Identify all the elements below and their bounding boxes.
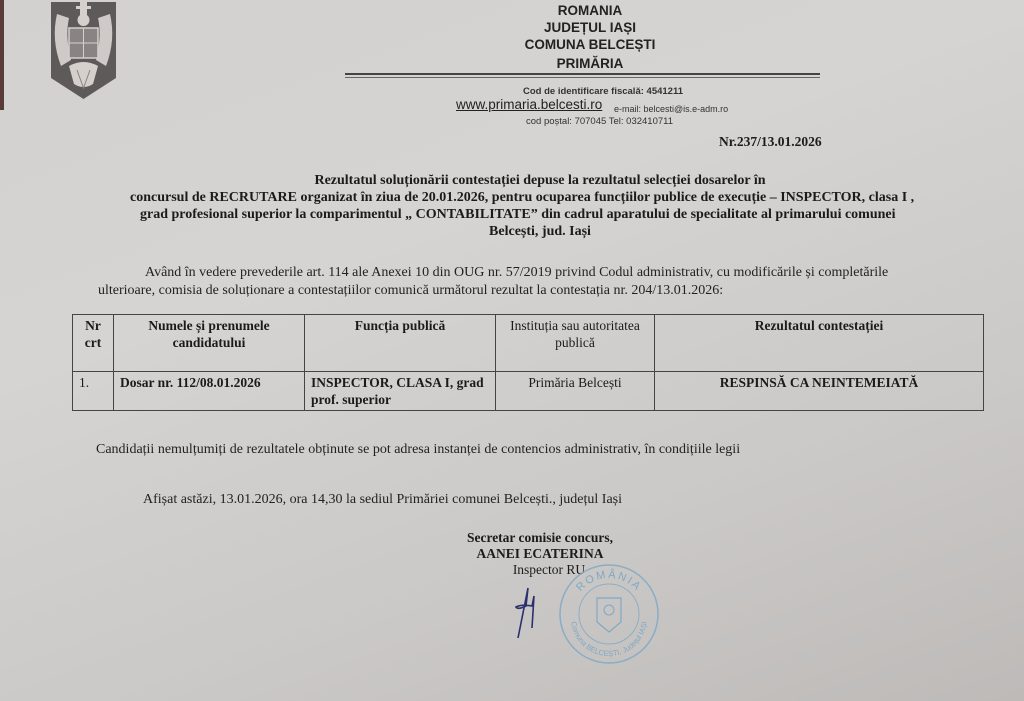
- header-function: Funcția publică: [305, 315, 496, 372]
- header-office: PRIMĂRIA: [480, 55, 700, 73]
- header-country: ROMANIA: [480, 2, 700, 20]
- title-line: Rezultatul soluționării contestației dep…: [100, 172, 980, 189]
- title-line: concursul de RECRUTARE organizat în ziua…: [100, 189, 980, 206]
- appeal-note: Candidații nemulțumiți de rezultatele ob…: [96, 441, 740, 459]
- cell-nr: 1.: [73, 372, 114, 411]
- table-header-row: Nr crt Numele și prenumele candidatului …: [73, 315, 984, 372]
- header-name: Numele și prenumele candidatului: [114, 315, 305, 372]
- cell-function: INSPECTOR, CLASA I, grad prof. superior: [305, 372, 496, 411]
- website-link[interactable]: www.primaria.belcesti.ro: [456, 97, 602, 112]
- cell-result: RESPINSĂ CA NEINTEMEIATĂ: [655, 372, 984, 411]
- header-rule-thin: [345, 77, 820, 78]
- signatory-name: AANEI ECATERINA: [455, 546, 625, 562]
- title-line: grad profesional superior la compariment…: [100, 206, 980, 223]
- cell-institution: Primăria Belcești: [496, 372, 655, 411]
- intro-line-1: Având în vedere prevederile art. 114 ale…: [145, 264, 888, 282]
- header-county: JUDEȚUL IAȘI: [480, 19, 700, 37]
- intro-line-2: ulterioare, comisia de soluționare a con…: [98, 282, 723, 300]
- posting-notice: Afișat astăzi, 13.01.2026, ora 14,30 la …: [143, 491, 622, 509]
- page-edge: [0, 0, 4, 110]
- header-institution: Instituția sau autoritatea publică: [496, 315, 655, 372]
- header-result: Rezultatul contestației: [655, 315, 984, 372]
- table-row: 1. Dosar nr. 112/08.01.2026 INSPECTOR, C…: [73, 372, 984, 411]
- official-stamp-icon: ROMÂNIA Comuna BELCEȘTI, Județul IAȘI: [557, 562, 661, 666]
- handwritten-signature-icon: [512, 582, 552, 642]
- header-rule: [345, 73, 820, 75]
- cell-name: Dosar nr. 112/08.01.2026: [114, 372, 305, 411]
- document-title: Rezultatul soluționării contestației dep…: [100, 172, 980, 240]
- header-commune: COMUNA BELCEȘTI: [480, 36, 700, 54]
- title-line: Belcești, jud. Iași: [100, 223, 980, 240]
- postal-phone: cod poștal: 707045 Tel: 032410711: [526, 116, 673, 127]
- fiscal-code: Cod de identificare fiscală: 4541211: [523, 86, 683, 97]
- header-nr: Nr crt: [73, 315, 114, 372]
- signatory-role: Secretar comisie concurs,: [455, 530, 625, 546]
- coat-of-arms-icon: [47, 0, 120, 100]
- document-number: Nr.237/13.01.2026: [719, 134, 822, 150]
- results-table: Nr crt Numele și prenumele candidatului …: [72, 314, 984, 411]
- email-address[interactable]: e-mail: belcesti@is.e-adm.ro: [614, 104, 728, 114]
